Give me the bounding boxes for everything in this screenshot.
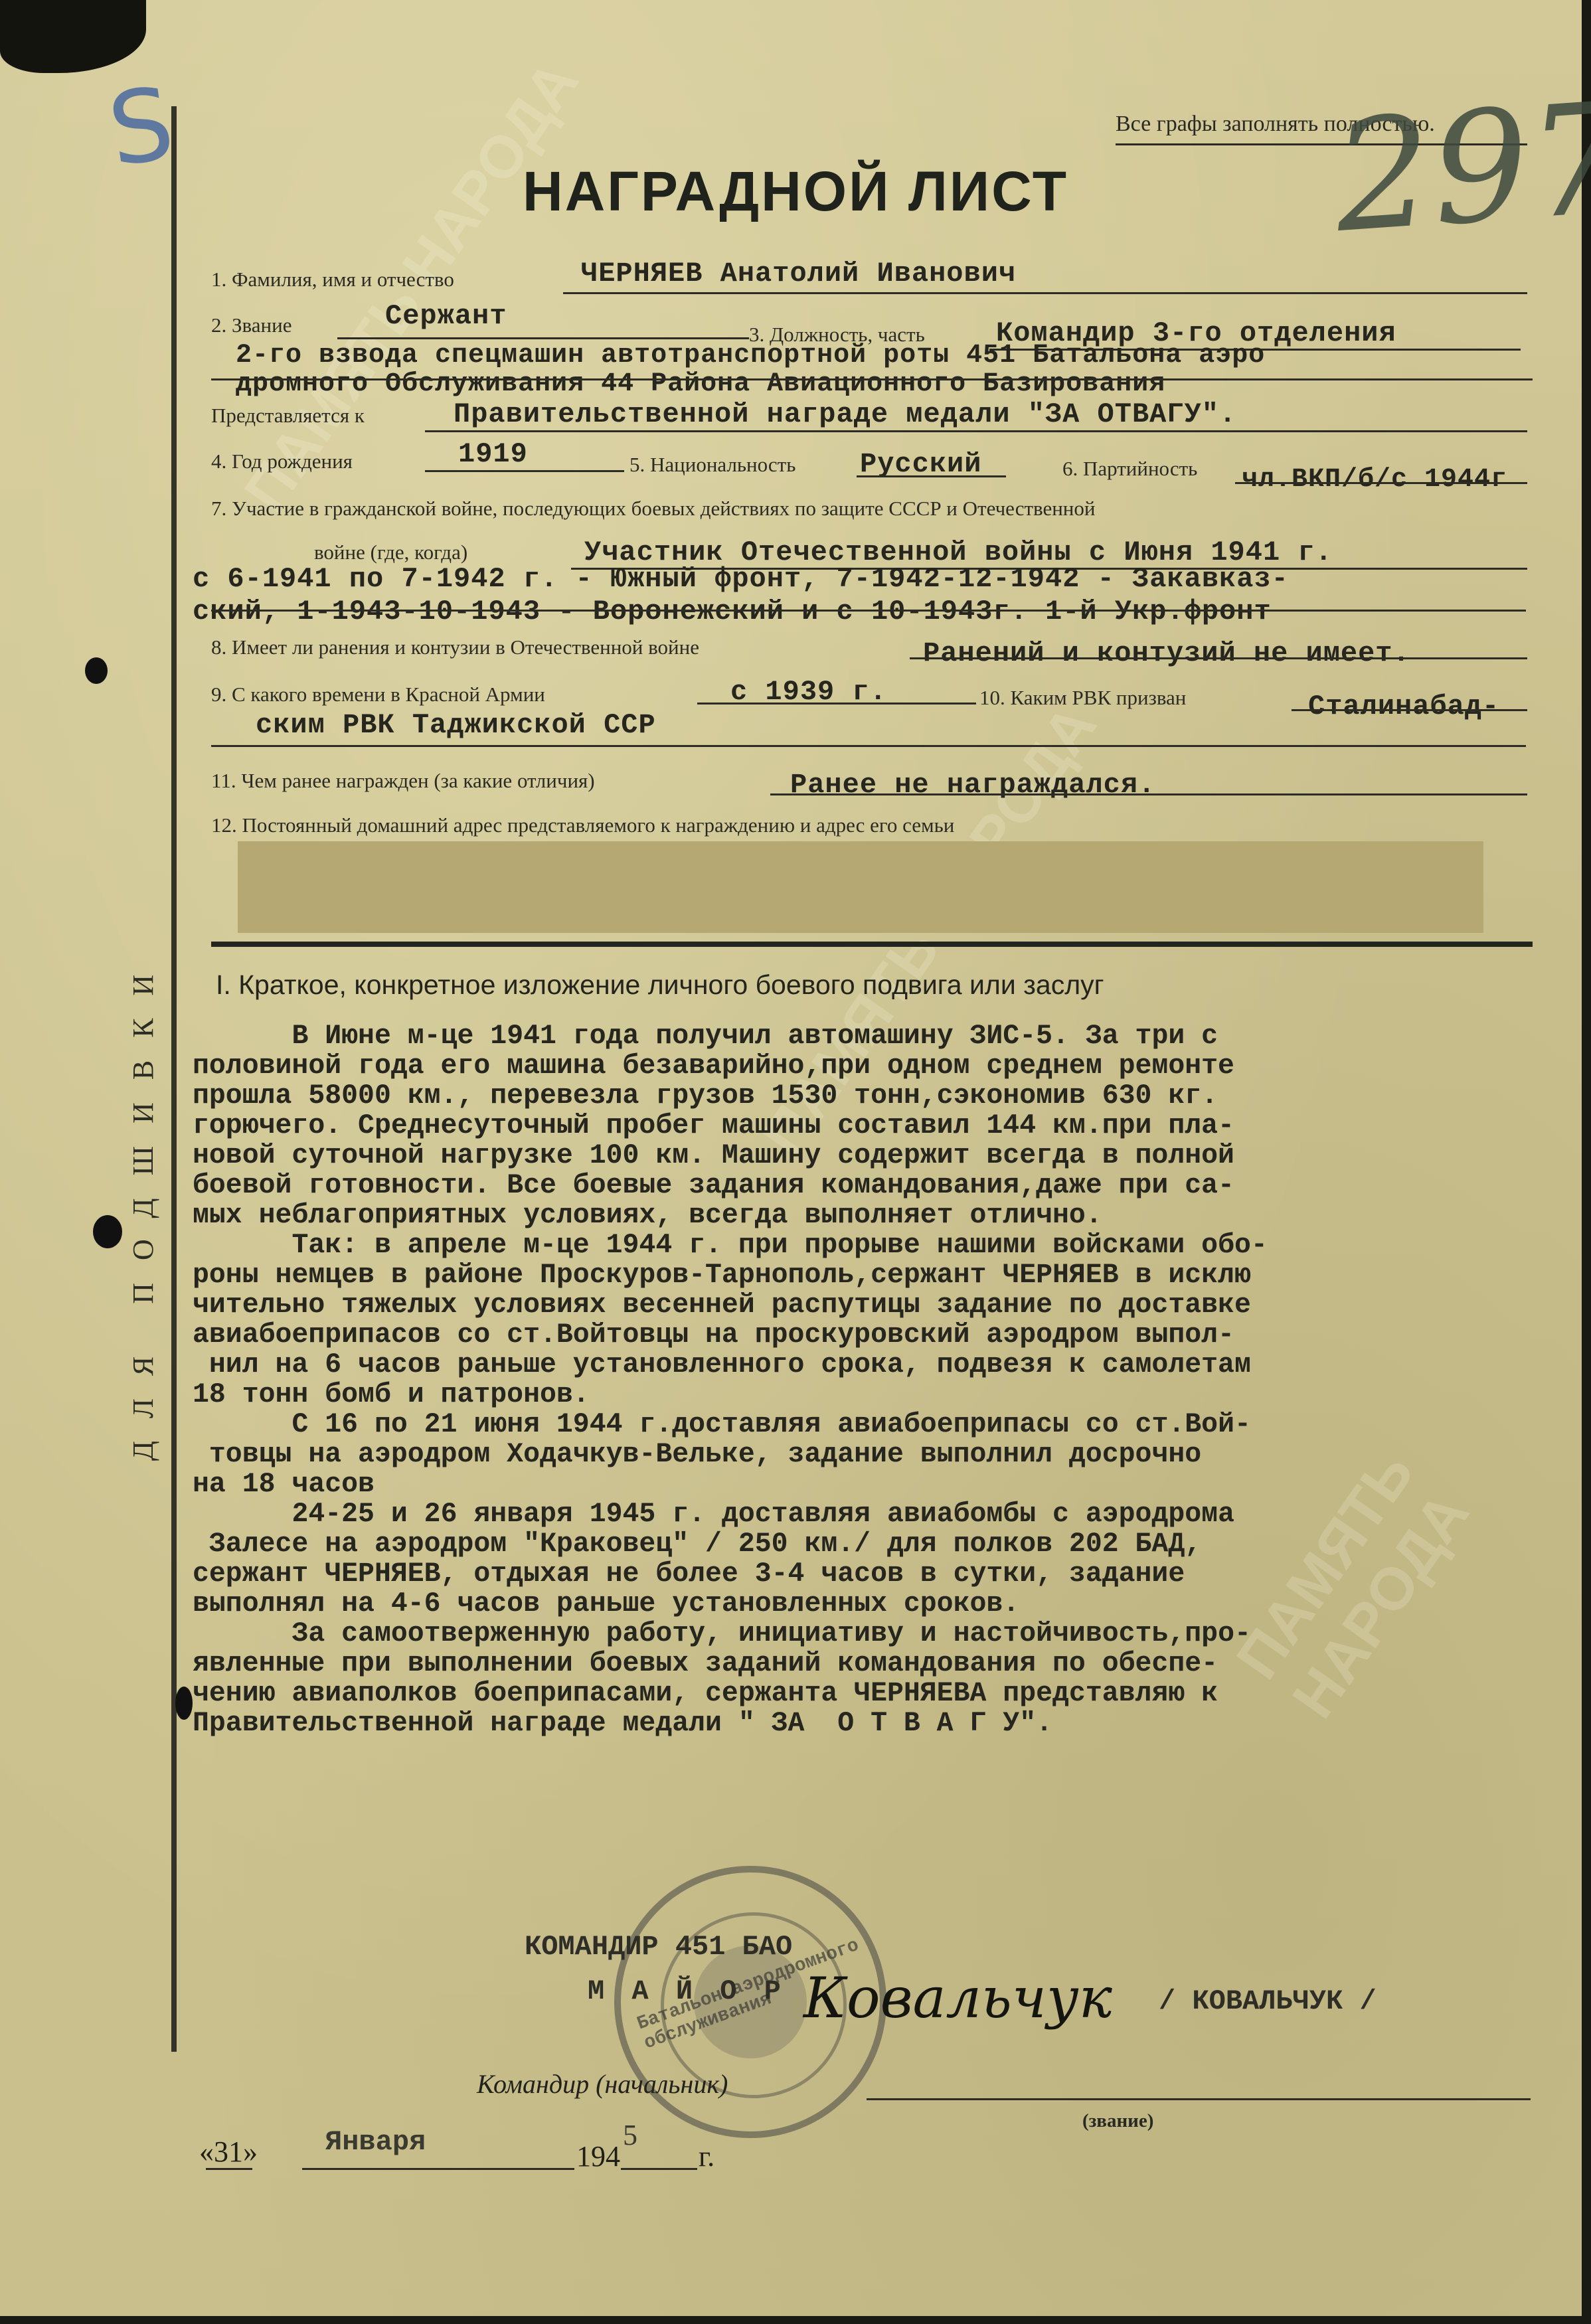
date-year-prefix: 194 bbox=[576, 2139, 620, 2173]
field-value-presented: Правительственной награде медали "ЗА ОТВ… bbox=[454, 398, 1236, 430]
field-value-draft-office-line2: ским РВК Таджикской ССР bbox=[256, 709, 656, 741]
margin-binding-text: ДЛЯ ПОДШИВКИ bbox=[126, 952, 160, 1461]
field-label-address: 12. Постоянный домашний адрес представля… bbox=[211, 813, 954, 837]
citation-line: горючего. Среднесуточный пробег машины с… bbox=[193, 1111, 1567, 1141]
citation-line: С 16 по 21 июня 1944 г.доставляя авиабое… bbox=[193, 1410, 1567, 1440]
signature-line bbox=[867, 2098, 1531, 2100]
rule bbox=[425, 470, 624, 472]
document-title: НАГРАДНОЙ ЛИСТ bbox=[0, 159, 1591, 224]
commander-label: Командир (начальник) bbox=[477, 2068, 728, 2100]
citation-line: За самоотверженную работу, инициативу и … bbox=[193, 1619, 1567, 1649]
rank-caption: (звание) bbox=[1082, 2110, 1153, 2132]
field-value-combat-line2: с 6-1941 по 7-1942 г. - Южный фронт, 7-1… bbox=[193, 563, 1289, 595]
field-value-name: ЧЕРНЯЕВ Анатолий Иванович bbox=[581, 258, 1016, 290]
signer-rank: М А Й О Р bbox=[588, 1975, 786, 2007]
field-value-position-line3: дромного Обслуживания 44 Района Авиацион… bbox=[236, 369, 1165, 399]
field-label-draft-office: 10. Каким РВК призван bbox=[979, 686, 1186, 710]
field-value-rank: Сержант bbox=[385, 300, 507, 332]
rule bbox=[425, 430, 1527, 432]
section-heading: I. Краткое, конкретное изложение личного… bbox=[216, 969, 1104, 1001]
ink-blot bbox=[175, 1687, 193, 1720]
field-label-combat: 7. Участие в гражданской войне, последую… bbox=[211, 497, 1096, 521]
field-value-birth-year: 1919 bbox=[458, 438, 528, 470]
rule bbox=[211, 378, 1533, 380]
ink-blot bbox=[93, 1215, 122, 1248]
citation-line: Залесе на аэродром "Краковец" / 250 км./… bbox=[193, 1529, 1567, 1559]
field-label-party: 6. Партийность bbox=[1062, 457, 1197, 481]
citation-line: 18 тонн бомб и патронов. bbox=[193, 1380, 1567, 1410]
section-divider bbox=[211, 942, 1533, 947]
field-label-army-since: 9. С какого времени в Красной Армии bbox=[211, 683, 545, 706]
date-day: «31» bbox=[199, 2135, 258, 2169]
citation-line: боевой готовности. Все боевые задания ко… bbox=[193, 1171, 1567, 1201]
field-label-birth-year: 4. Год рождения bbox=[211, 450, 353, 473]
citation-line: роны немцев в районе Проскуров-Тарнополь… bbox=[193, 1260, 1567, 1290]
rule bbox=[211, 610, 1526, 612]
field-value-position-line2: 2-го взвода спецмашин автотранспортной р… bbox=[236, 341, 1265, 371]
citation-line: нил на 6 часов раньше установленного сро… bbox=[193, 1350, 1567, 1380]
citation-line: новой суточной нагрузке 100 км. Машину с… bbox=[193, 1141, 1567, 1171]
field-label-prior-awards: 11. Чем ранее награжден (за какие отличи… bbox=[211, 769, 595, 793]
citation-line: явленные при выполнении боевых заданий к… bbox=[193, 1649, 1567, 1679]
citation-line: мых неблагоприятных условиях, всегда вып… bbox=[193, 1201, 1567, 1230]
date-year-mark: г. bbox=[699, 2139, 714, 2173]
citation-line: 24-25 и 26 января 1945 г. доставляя авиа… bbox=[193, 1499, 1567, 1529]
citation-line: В Июне м-це 1941 года получил автомашину… bbox=[193, 1021, 1567, 1051]
field-value-prior-awards: Ранее не награждался. bbox=[790, 769, 1155, 801]
handwritten-signature: Ковальчук bbox=[803, 1965, 1112, 2031]
rule bbox=[1235, 482, 1527, 484]
rule bbox=[563, 292, 1527, 294]
citation-line: товцы на аэродром Ходачкув-Вельке, задан… bbox=[193, 1440, 1567, 1469]
rule bbox=[337, 337, 749, 339]
citation-line: прошла 58000 км., перевезла грузов 1530 … bbox=[193, 1081, 1567, 1111]
signer-position: КОМАНДИР 451 БАО bbox=[525, 1931, 792, 1963]
field-value-wounds: Ранений и контузий не имеет. bbox=[923, 637, 1410, 669]
rule bbox=[910, 657, 1527, 659]
citation-line: половиной года его машина безаварийно,пр… bbox=[193, 1051, 1567, 1081]
rule bbox=[770, 793, 1527, 795]
signer-name: / КОВАЛЬЧУК / bbox=[1159, 1985, 1377, 2017]
citation-line: чительно тяжелых условиях весенней распу… bbox=[193, 1290, 1567, 1320]
field-value-draft-office-line1: Сталинабад- bbox=[1308, 691, 1499, 722]
citation-line: чению авиаполков боеприпасами, сержанта … bbox=[193, 1679, 1567, 1708]
citation-line: Так: в апреле м-це 1944 г. при прорыве н… bbox=[193, 1230, 1567, 1260]
rule bbox=[206, 2168, 252, 2170]
date-year-suffix: 5 bbox=[623, 2118, 637, 2152]
citation-text: В Июне м-це 1941 года получил автомашину… bbox=[193, 1021, 1567, 1738]
field-label-presented: Представляется к bbox=[211, 404, 365, 428]
field-label-rank: 2. Звание bbox=[211, 313, 292, 337]
field-value-party: чл.ВКП/б/с 1944г bbox=[1242, 465, 1507, 495]
rule bbox=[857, 475, 1006, 477]
rule bbox=[697, 703, 976, 705]
citation-line: сержант ЧЕРНЯЕВ, отдыхая не более 3-4 ча… bbox=[193, 1559, 1567, 1589]
field-label-wounds: 8. Имеет ли ранения и контузии в Отечест… bbox=[211, 635, 699, 659]
citation-line: авиабоеприпасов со ст.Войтовцы на проску… bbox=[193, 1320, 1567, 1350]
rule bbox=[1292, 709, 1527, 711]
page-edge-right bbox=[1582, 0, 1591, 2324]
field-value-combat-line3: ский, 1-1943-10-1943 - Воронежский и с 1… bbox=[193, 596, 1272, 627]
rule bbox=[211, 745, 1526, 747]
citation-line: выполнял на 4-6 часов раньше установленн… bbox=[193, 1589, 1567, 1619]
field-label-name: 1. Фамилия, имя и отчество bbox=[211, 268, 454, 291]
rule bbox=[302, 2168, 574, 2170]
page-edge-bottom bbox=[0, 2316, 1591, 2324]
ink-blot bbox=[85, 657, 108, 684]
margin-rule bbox=[171, 106, 177, 2052]
citation-line: Правительственной награде медали " ЗА О … bbox=[193, 1708, 1567, 1738]
field-label-nationality: 5. Национальность bbox=[629, 453, 795, 477]
rule bbox=[621, 2168, 697, 2170]
citation-line: на 18 часов bbox=[193, 1469, 1567, 1499]
redacted-address bbox=[238, 841, 1483, 933]
date-month: Января bbox=[325, 2126, 426, 2158]
field-label-combat-cont: войне (где, когда) bbox=[314, 540, 467, 564]
